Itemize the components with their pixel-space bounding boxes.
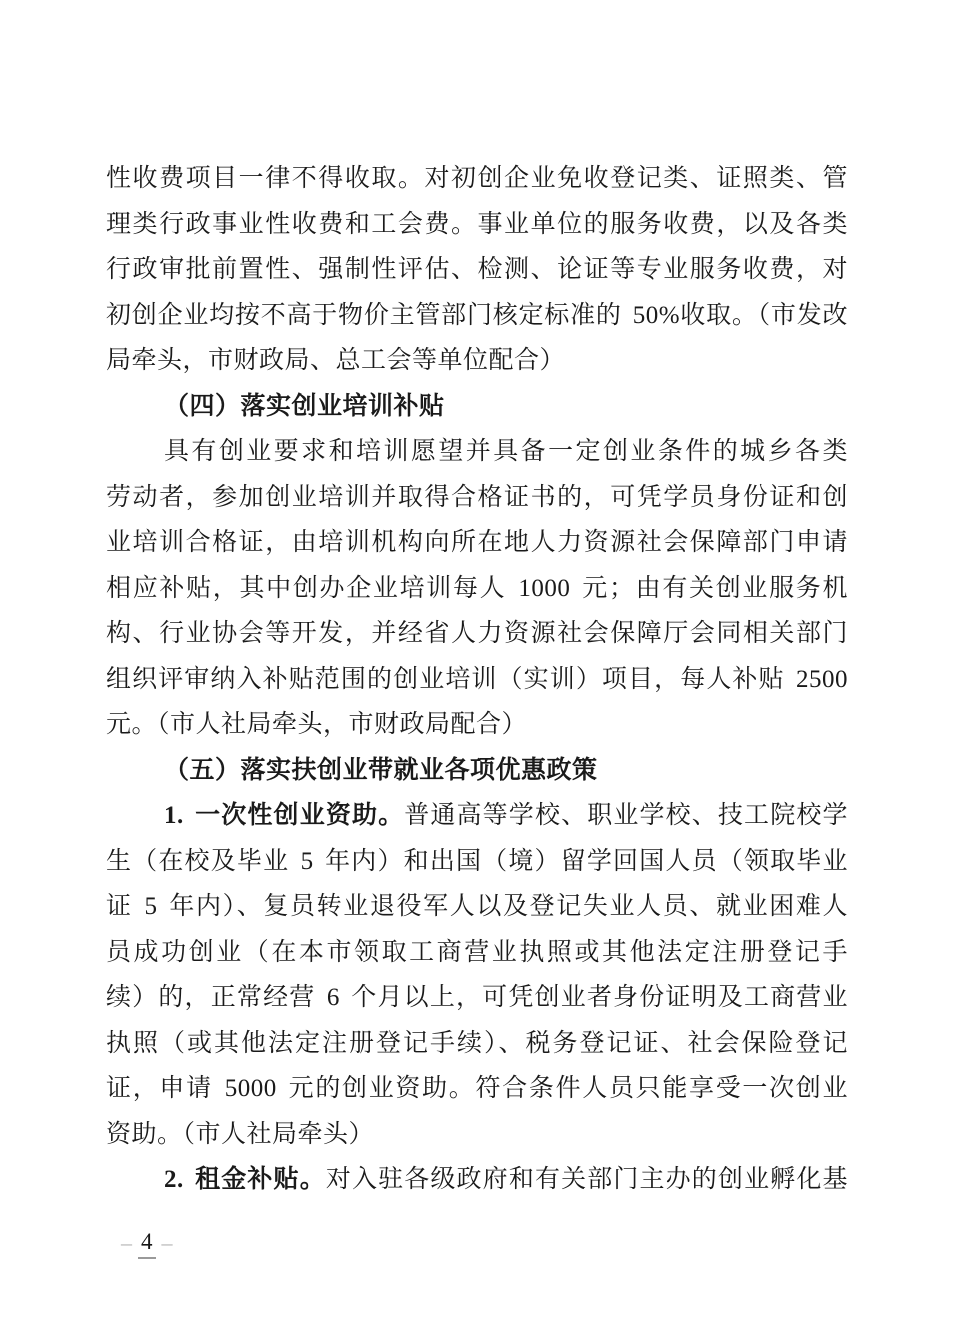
paragraph-line: 元。（市人社局牵头，市财政局配合）: [106, 702, 848, 748]
paragraph-line: 生（在校及毕业 5 年内）和出国（境）留学回国人员（领取毕业: [106, 839, 848, 885]
paragraph-line: 性收费项目一律不得收取。对初创企业免收登记类、证照类、管: [106, 156, 848, 202]
paragraph-line: 续）的，正常经营 6 个月以上，可凭创业者身份证明及工商营业: [106, 975, 848, 1021]
paragraph-text: 普通高等学校、职业学校、技工院校学: [404, 802, 848, 829]
paragraph-line: 证，申请 5000 元的创业资助。符合条件人员只能享受一次创业: [106, 1066, 848, 1112]
paragraph-line: 初创企业均按不高于物价主管部门核定标准的 50%收取。（市发改: [106, 293, 848, 339]
paragraph-line: 证 5 年内）、复员转业退役军人以及登记失业人员、就业困难人: [106, 884, 848, 930]
paragraph-line: 员成功创业（在本市领取工商营业执照或其他法定注册登记手: [106, 930, 848, 976]
document-page: 性收费项目一律不得收取。对初创企业免收登记类、证照类、管 理类行政事业性收费和工…: [0, 0, 966, 1328]
section-heading-4: （四）落实创业培训补贴: [106, 384, 848, 430]
section-heading-5: （五）落实扶创业带就业各项优惠政策: [106, 748, 848, 794]
item-2-number-lead: 2. 租金补贴。: [164, 1166, 326, 1193]
footer-dash-left: –: [121, 1228, 132, 1258]
paragraph-line: 相应补贴，其中创办企业培训每人 1000 元；由有关创业服务机: [106, 566, 848, 612]
paragraph-line: 局牵头，市财政局、总工会等单位配合）: [106, 338, 848, 384]
page-number: 4: [138, 1227, 156, 1259]
paragraph-line: 2. 租金补贴。对入驻各级政府和有关部门主办的创业孵化基: [106, 1157, 848, 1203]
paragraph-line: 执照（或其他法定注册登记手续）、税务登记证、社会保险登记: [106, 1021, 848, 1067]
paragraph-line: 1. 一次性创业资助。普通高等学校、职业学校、技工院校学: [106, 793, 848, 839]
item-1-number-lead: 1. 一次性创业资助。: [164, 802, 404, 829]
paragraph-text: 对入驻各级政府和有关部门主办的创业孵化基: [326, 1166, 848, 1193]
paragraph-line: 行政审批前置性、强制性评估、检测、论证等专业服务收费，对: [106, 247, 848, 293]
document-body: 性收费项目一律不得收取。对初创企业免收登记类、证照类、管 理类行政事业性收费和工…: [106, 156, 848, 1203]
paragraph-line: 劳动者，参加创业培训并取得合格证书的，可凭学员身份证和创: [106, 475, 848, 521]
paragraph-line: 构、行业协会等开发，并经省人力资源社会保障厅会同相关部门: [106, 611, 848, 657]
paragraph-line: 资助。（市人社局牵头）: [106, 1112, 848, 1158]
paragraph-line: 业培训合格证，由培训机构向所在地人力资源社会保障部门申请: [106, 520, 848, 566]
paragraph-line: 理类行政事业性收费和工会费。事业单位的服务收费，以及各类: [106, 202, 848, 248]
paragraph-line: 组织评审纳入补贴范围的创业培训（实训）项目，每人补贴 2500: [106, 657, 848, 703]
footer-dash-right: –: [162, 1228, 173, 1258]
paragraph-line: 具有创业要求和培训愿望并具备一定创业条件的城乡各类: [106, 429, 848, 475]
page-footer: – 4 –: [115, 1227, 179, 1259]
